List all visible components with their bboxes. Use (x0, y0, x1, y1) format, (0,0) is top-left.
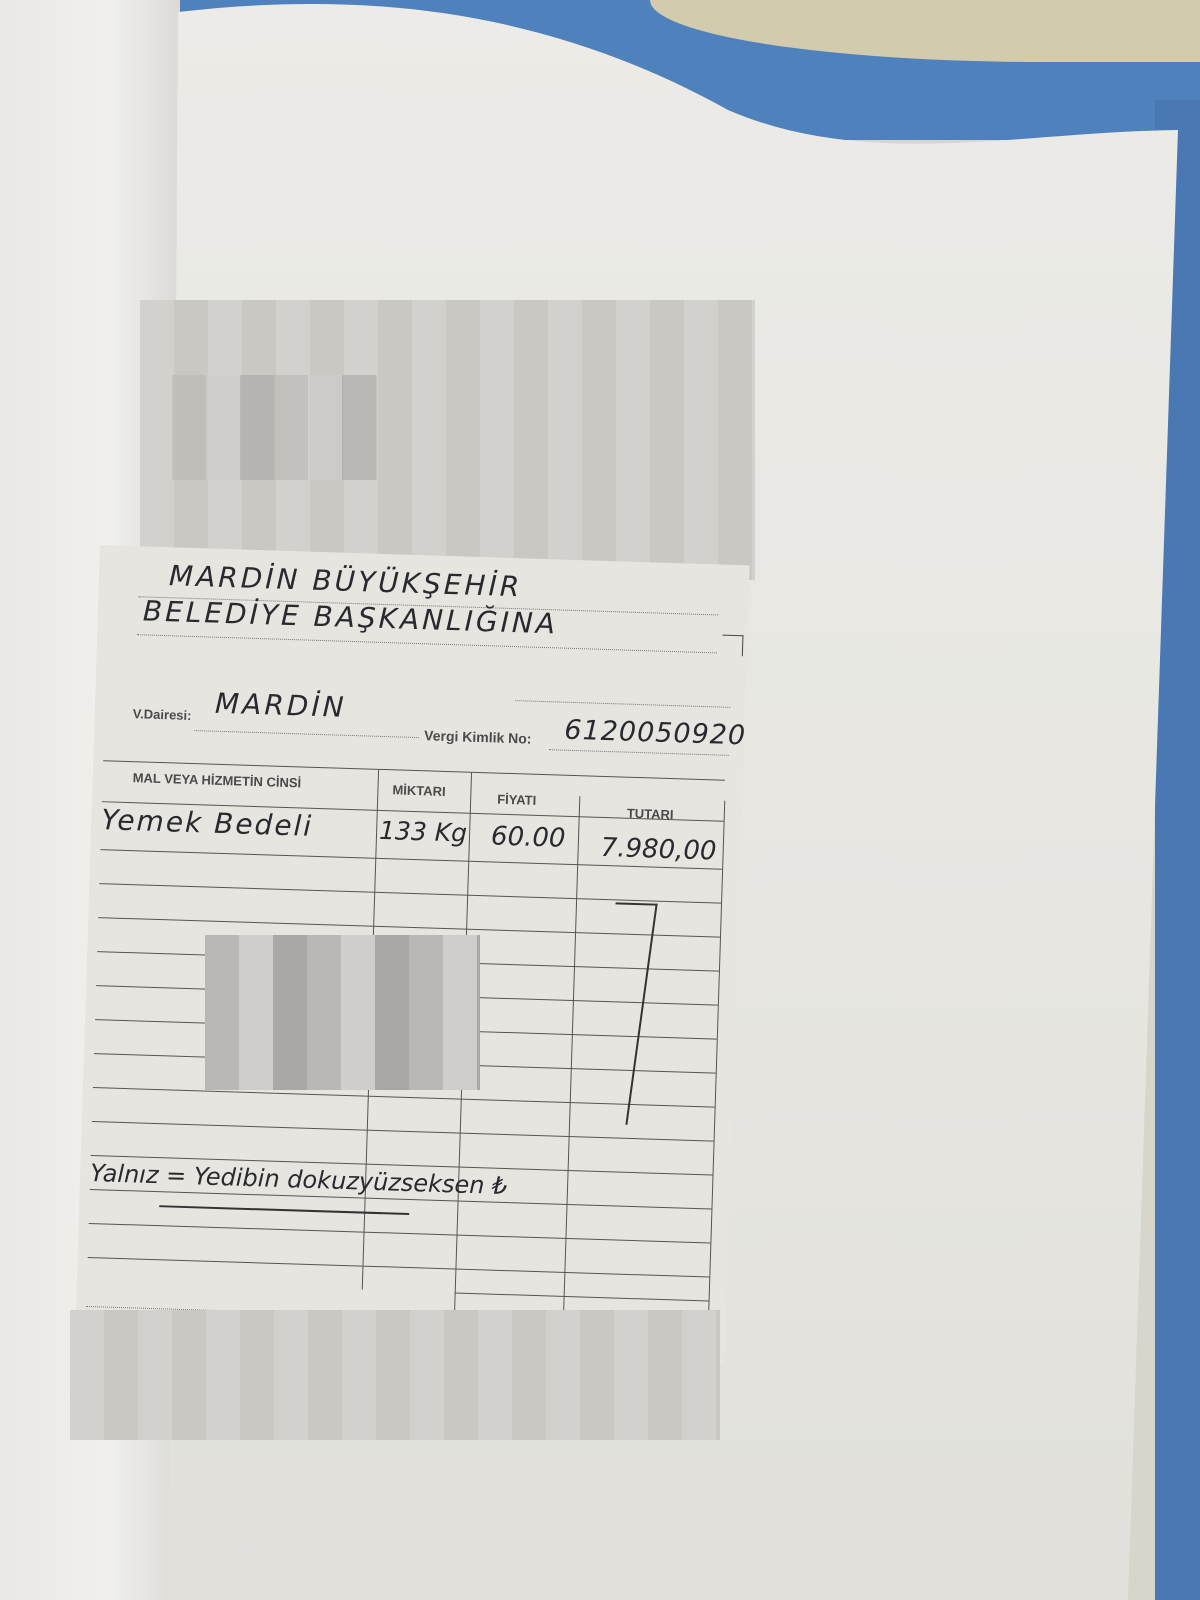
tax-id-value: 6120050920 (564, 715, 747, 752)
dotted-line (549, 749, 729, 756)
redacted-header-inner (172, 375, 377, 480)
item-price: 60.00 (491, 821, 566, 853)
corner-mark (722, 635, 744, 657)
row-line (455, 1293, 709, 1302)
dotted-line (194, 730, 419, 738)
item-amount: 7.980,00 (600, 833, 717, 867)
table-right-border (707, 801, 726, 1361)
underline-stroke (159, 1205, 409, 1215)
column-header-price: FİYATI (497, 792, 536, 808)
tax-office-label: V.Dairesi: (132, 706, 191, 723)
handwritten-bracket (585, 902, 657, 1124)
dotted-line (515, 700, 730, 708)
column-header-description: MAL VEYA HİZMETİN CİNSİ (132, 770, 301, 790)
row-line (99, 883, 721, 904)
redacted-stamp (205, 935, 480, 1090)
dotted-line (137, 634, 717, 653)
row-line (89, 1223, 711, 1244)
tax-office-value: MARDİN (215, 687, 348, 724)
tax-id-label: Vergi Kimlik No: (424, 727, 532, 746)
redacted-footer-block (70, 1310, 720, 1440)
item-quantity: 133 Kg (379, 816, 468, 848)
item-description: Yemek Bedeli (101, 803, 314, 843)
row-line (88, 1257, 710, 1278)
column-header-quantity: MİKTARI (392, 782, 446, 799)
